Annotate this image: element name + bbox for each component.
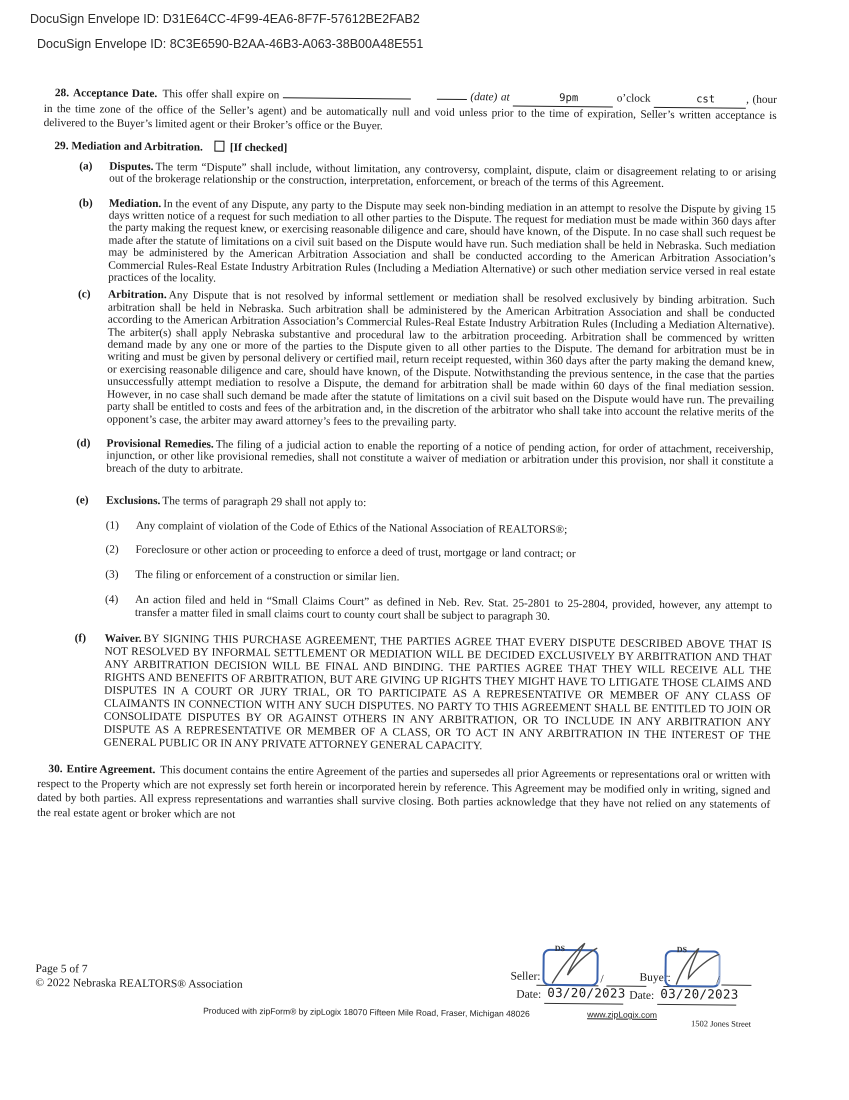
exclusion-number: (4) xyxy=(105,594,135,619)
buyer-initials-stamp[interactable]: DS xyxy=(664,950,720,988)
clause-letter: (b) xyxy=(78,197,109,284)
expiration-date-small-field[interactable] xyxy=(437,99,467,100)
timezone-field[interactable]: cst xyxy=(654,92,746,108)
clause-letter: (a) xyxy=(79,160,109,185)
seller-initials-scribble xyxy=(546,935,611,990)
exclusion-item-4: (4) An action filed and held in “Small C… xyxy=(105,594,772,625)
clause-title: Provisional Remedies. xyxy=(107,438,216,451)
seller-date-line xyxy=(544,1003,623,1005)
clause-letter: (c) xyxy=(77,289,108,426)
document-page: DocuSign Envelope ID: D31E64CC-4F99-4EA6… xyxy=(0,0,849,1100)
buyer-date-label: Date: xyxy=(629,990,654,1003)
exclusion-text: An action filed and held in “Small Claim… xyxy=(135,594,772,625)
section-29-heading: 29. Mediation and Arbitration.[If checke… xyxy=(43,139,776,160)
section-number: 28. xyxy=(55,87,73,99)
clause-title: Waiver. xyxy=(105,633,144,645)
clause-title: Arbitration. xyxy=(108,289,169,302)
buyer-initials-scribble xyxy=(668,936,733,991)
buyer-date-line xyxy=(657,1004,736,1006)
if-checked-checkbox[interactable] xyxy=(215,140,225,151)
if-checked-caption: [If checked] xyxy=(230,142,288,155)
exclusion-text: Any complaint of violation of the Code o… xyxy=(136,519,773,538)
waiver-text: BY SIGNING THIS PURCHASE AGREEMENT, THE … xyxy=(104,633,772,752)
exclusion-number: (1) xyxy=(106,519,136,532)
oclock-label: o’clock xyxy=(617,92,651,104)
seller-signature-label: Seller: xyxy=(510,971,540,984)
clause-title: Exclusions. xyxy=(106,495,162,508)
clause-b-mediation: (b) Mediation.In the event of any Disput… xyxy=(78,197,776,291)
exclusion-item-3: (3) The filing or enforcement of a const… xyxy=(105,569,772,588)
section-title: Entire Agreement. xyxy=(67,763,158,776)
seller-initials-stamp[interactable]: DS xyxy=(542,949,598,987)
seller-date-label: Date: xyxy=(516,989,541,1002)
section-28-lead-text: This offer shall expire on xyxy=(162,88,279,101)
exclusion-text: The filing or enforcement of a construct… xyxy=(135,569,772,588)
clause-text: The term “Dispute” shall include, withou… xyxy=(109,161,776,190)
clause-f-waiver: (f) Waiver.BY SIGNING THIS PURCHASE AGRE… xyxy=(74,632,772,756)
docusign-envelope-id-2: DocuSign Envelope ID: 8C3E6590-B2AA-46B3… xyxy=(37,37,423,51)
clause-letter: (d) xyxy=(76,437,106,475)
section-title: Acceptance Date. xyxy=(73,87,159,100)
clause-letter: (f) xyxy=(74,632,105,749)
produced-with-line: Produced with zipForm® by zipLogix 18070… xyxy=(203,1005,530,1021)
expiration-time-field[interactable]: 9pm xyxy=(513,91,613,108)
expiration-date-field[interactable] xyxy=(283,97,411,99)
section-30-entire-agreement: 30.Entire Agreement. This document conta… xyxy=(37,762,771,827)
section-28-acceptance-date: 28.Acceptance Date. This offer shall exp… xyxy=(44,86,777,138)
clause-d-provisional-remedies: (d) Provisional Remedies.The filing of a… xyxy=(76,437,773,481)
copyright-line: © 2022 Nebraska REALTORS® Association xyxy=(35,977,242,991)
date-marker-label: (date) at xyxy=(470,91,509,103)
exclusion-text: Foreclosure or other action or proceedin… xyxy=(135,544,772,563)
clause-title: Mediation. xyxy=(109,197,164,210)
docusign-envelope-id-1: DocuSign Envelope ID: D31E64CC-4F99-4EA6… xyxy=(30,12,420,26)
clause-letter: (e) xyxy=(76,494,106,507)
clause-text: In the event of any Dispute, any party t… xyxy=(108,198,776,285)
page-number: Page 5 of 7 xyxy=(35,963,87,976)
clause-e-exclusions: (e) Exclusions.The terms of paragraph 29… xyxy=(76,494,773,513)
clause-c-arbitration: (c) Arbitration.Any Dispute that is not … xyxy=(77,289,775,432)
exclusion-number: (2) xyxy=(105,544,135,557)
exclusion-number: (3) xyxy=(105,569,135,582)
section-number: 30. xyxy=(48,763,66,775)
ziplogix-url: www.zipLogix.com xyxy=(587,1008,657,1021)
clause-title: Disputes. xyxy=(109,160,155,172)
section-number: 29. xyxy=(54,140,68,152)
clause-text: Any Dispute that is not resolved by info… xyxy=(107,290,775,429)
property-address-footer: 1502 Jones Street xyxy=(691,1017,751,1030)
clause-text: The terms of paragraph 29 shall not appl… xyxy=(162,495,366,509)
clause-a-disputes: (a) Disputes.The term “Dispute” shall in… xyxy=(79,160,776,192)
exclusion-item-2: (2) Foreclosure or other action or proce… xyxy=(105,544,772,563)
section-title: Mediation and Arbitration. xyxy=(71,140,203,153)
exclusion-item-1: (1) Any complaint of violation of the Co… xyxy=(106,519,773,538)
scanned-contract-body: 28.Acceptance Date. This offer shall exp… xyxy=(35,86,777,1073)
